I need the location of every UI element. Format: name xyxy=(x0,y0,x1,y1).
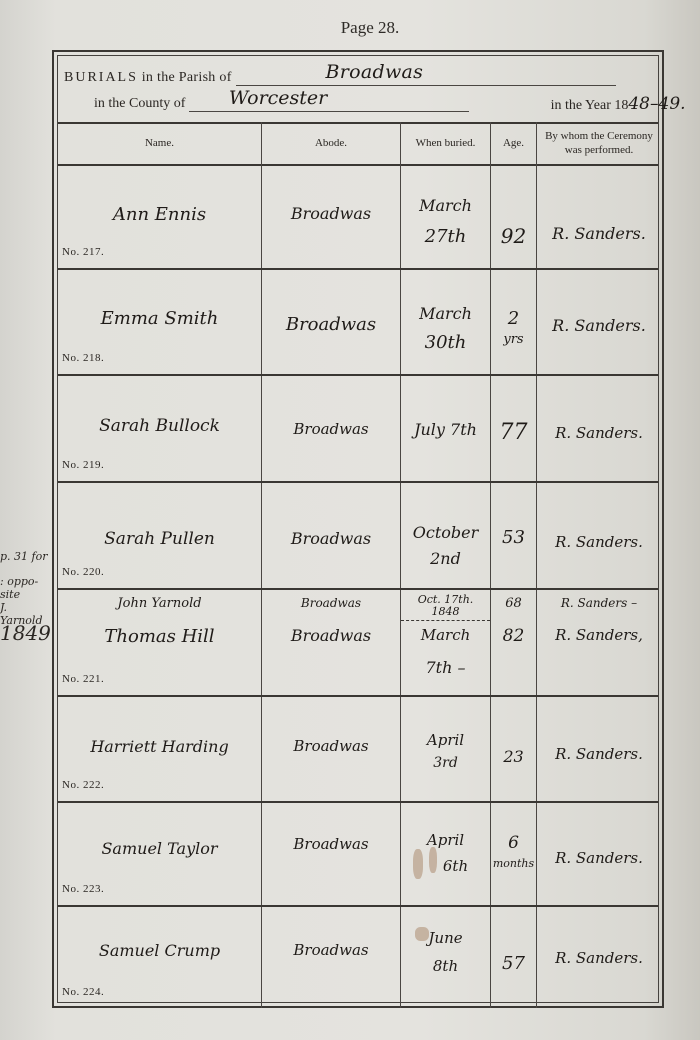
entry-officiant: R. Sanders. xyxy=(537,849,661,867)
entry-abode: Broadwas xyxy=(262,529,400,548)
entry-name: Harriett Harding xyxy=(58,737,261,756)
entry-name: Ann Ennis xyxy=(58,204,261,225)
parish-value: Broadwas xyxy=(326,61,424,83)
entry-age: 77 xyxy=(491,420,536,445)
entry-number: No. 224. xyxy=(62,986,104,998)
entry-number: No. 218. xyxy=(62,352,104,364)
year-label: in the Year 18 xyxy=(551,98,629,113)
col-officiant: By whom the Ceremony was performed. xyxy=(537,122,661,164)
entry-abode: Broadwas xyxy=(262,737,400,755)
entry-age: 82 xyxy=(491,626,536,646)
entry-name: Thomas Hill xyxy=(58,626,261,647)
table-row: Emma SmithNo. 218. Broadwas March30th 2y… xyxy=(58,270,658,376)
entry-date: June xyxy=(401,929,490,947)
margin-note-year: 1849 xyxy=(0,627,52,640)
entry-date-day: 30th xyxy=(401,332,490,353)
entry-date: April xyxy=(401,731,490,749)
table-row: John YarnoldThomas HillNo. 221. Broadwas… xyxy=(58,590,658,697)
entry-date: March xyxy=(401,304,490,323)
page-number: Page 28. xyxy=(0,18,700,38)
register-header: BURIALS in the Parish of Broadwas in the… xyxy=(58,56,658,124)
entry-number: No. 220. xyxy=(62,566,104,578)
entry-name: Samuel Taylor xyxy=(58,839,261,858)
col-when-buried: When buried. xyxy=(401,122,491,164)
entry-date: March xyxy=(401,626,490,644)
entry-officiant: R. Sanders. xyxy=(537,224,661,243)
table-row: Sarah PullenNo. 220. Broadwas October2nd… xyxy=(58,483,658,590)
entry-date: March xyxy=(401,196,490,215)
entry-number: No. 217. xyxy=(62,246,104,258)
entry-name: Sarah Bullock xyxy=(58,416,261,436)
entry-name-inserted: John Yarnold xyxy=(58,596,261,611)
col-abode: Abode. xyxy=(262,122,401,164)
entry-name: Samuel Crump xyxy=(58,941,261,960)
entry-officiant: R. Sanders. xyxy=(537,745,661,763)
county-value: Worcester xyxy=(229,87,327,109)
entry-age-unit: yrs xyxy=(491,332,536,347)
entry-age: 92 xyxy=(491,224,536,248)
entry-name: Emma Smith xyxy=(58,308,261,329)
burial-register-table: BURIALS in the Parish of Broadwas in the… xyxy=(52,50,664,1008)
entry-age: 57 xyxy=(491,953,536,974)
county-label: in the County of xyxy=(94,96,185,111)
margin-note-line: site xyxy=(0,588,52,601)
entry-officiant: R. Sanders. xyxy=(537,949,661,967)
table-row: Ann EnnisNo. 217. Broadwas March27th 92 … xyxy=(58,164,658,270)
entry-abode: Broadwas xyxy=(262,626,400,645)
entry-age-inserted: 68 xyxy=(491,596,536,611)
entry-abode: Broadwas xyxy=(262,835,400,853)
entry-number: No. 222. xyxy=(62,779,104,791)
table-row: Sarah BullockNo. 219. Broadwas July 7th … xyxy=(58,376,658,483)
parish-label: in the Parish of xyxy=(142,70,232,85)
year-correction: –49. xyxy=(650,94,686,114)
table-row: Samuel CrumpNo. 224. Broadwas June8th 57… xyxy=(58,907,658,1008)
col-name: Name. xyxy=(58,122,262,164)
margin-annotation: p. 31 for : oppo- site J. Yarnold 1849 xyxy=(0,550,52,640)
entry-abode: Broadwas xyxy=(262,941,400,959)
entry-date-day: 27th xyxy=(401,226,490,247)
entry-officiant: R. Sanders, xyxy=(537,626,661,644)
entry-abode-inserted: Broadwas xyxy=(262,596,400,610)
table-row: Samuel TaylorNo. 223. Broadwas April6th … xyxy=(58,803,658,907)
year-value: 48 xyxy=(628,94,650,114)
entry-number: No. 221. xyxy=(62,673,104,685)
entry-date-inserted: Oct. 17th. 1848 xyxy=(401,594,490,618)
entry-date-day: 3rd xyxy=(401,755,490,771)
margin-note-line: : oppo- xyxy=(0,575,52,588)
entry-age: 53 xyxy=(491,527,536,548)
entry-age-unit: months xyxy=(491,857,536,870)
entry-date-day: 7th – xyxy=(401,658,490,677)
entry-date: April xyxy=(401,831,490,849)
entry-abode: Broadwas xyxy=(262,420,400,438)
entry-abode: Broadwas xyxy=(262,314,400,335)
entry-date-day: 6th xyxy=(401,857,490,875)
entry-number: No. 219. xyxy=(62,459,104,471)
entry-officiant: R. Sanders. xyxy=(537,533,661,551)
entry-abode: Broadwas xyxy=(262,204,400,223)
entry-officiant: R. Sanders. xyxy=(537,424,661,442)
entry-age: 2 xyxy=(491,308,536,329)
entry-name: Sarah Pullen xyxy=(58,529,261,549)
col-age: Age. xyxy=(491,122,537,164)
entry-date-day: 8th xyxy=(401,957,490,975)
entry-age: 23 xyxy=(491,747,536,766)
entry-officiant: R. Sanders. xyxy=(537,316,661,335)
register-page: Page 28. p. 31 for : oppo- site J. Yarno… xyxy=(0,0,700,1040)
entry-number: No. 223. xyxy=(62,883,104,895)
table-row: Harriett HardingNo. 222. Broadwas April3… xyxy=(58,697,658,803)
burials-heading: BURIALS xyxy=(64,70,138,85)
entry-date-day: 2nd xyxy=(401,549,490,568)
entry-age: 6 xyxy=(491,833,536,853)
entry-date: July 7th xyxy=(401,420,490,439)
entry-date: October xyxy=(401,523,490,542)
column-headers: Name. Abode. When buried. Age. By whom t… xyxy=(58,122,658,166)
entry-officiant-inserted: R. Sanders – xyxy=(537,596,661,610)
margin-note-line: p. 31 for xyxy=(0,550,52,563)
